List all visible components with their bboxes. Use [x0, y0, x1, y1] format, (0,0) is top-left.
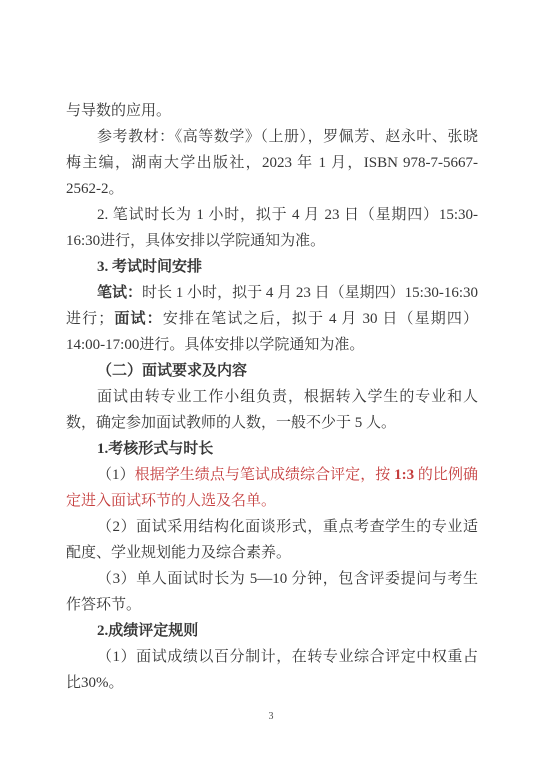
paragraph-exam-times: 笔试：时长 1 小时，拟于 4 月 23 日（星期四）15:30-16:30进行…: [66, 280, 478, 358]
paragraph-reference-material: 参考教材：《高等数学》（上册），罗佩芳、赵永叶、张晓梅主编，湖南大学出版社，20…: [66, 124, 478, 202]
heading-text: 2.成绩评定规则: [97, 623, 198, 639]
paragraph-selection-ratio: （1）根据学生绩点与笔试成绩综合评定，按 1:3 的比例确定进入面试环节的人选及…: [66, 462, 478, 514]
paragraph-written-exam-duration: 2. 笔试时长为 1 小时，拟于 4 月 23 日（星期四）15:30-16:3…: [66, 202, 478, 254]
text-run: 参考教材：《高等数学》（上册），罗佩芳、赵永叶、张晓梅主编，湖南大学出版社，20…: [66, 129, 478, 197]
heading-text: 1.考核形式与时长: [97, 441, 213, 457]
text-run-interview-label: 面试：: [113, 311, 163, 327]
paragraph-interview-duration: （3）单人面试时长为 5—10 分钟，包含评委提问与考生作答环节。: [66, 566, 478, 618]
heading-text: 3. 考试时间安排: [97, 259, 202, 275]
heading-assessment-form: 1.考核形式与时长: [66, 436, 478, 462]
text-run: （2）面试采用结构化面谈形式，重点考查学生的专业适配度、学业规划能力及综合素养。: [66, 519, 478, 561]
document-page: { "colors": { "body_text": "#363636", "r…: [0, 0, 542, 768]
heading-text: （二）面试要求及内容: [97, 363, 247, 379]
text-run: 面试由转专业工作小组负责，根据转入学生的专业和人数，确定参加面试教师的人数，一般…: [66, 389, 478, 431]
text-run-red-ratio: 1:3: [394, 467, 414, 483]
paragraph-interview-panel: 面试由转专业工作小组负责，根据转入学生的专业和人数，确定参加面试教师的人数，一般…: [66, 384, 478, 436]
document-body: 与导数的应用。 参考教材：《高等数学》（上册），罗佩芳、赵永叶、张晓梅主编，湖南…: [66, 98, 478, 696]
text-run: （3）单人面试时长为 5—10 分钟，包含评委提问与考生作答环节。: [66, 571, 478, 613]
heading-exam-schedule: 3. 考试时间安排: [66, 254, 478, 280]
page-number: 3: [0, 709, 542, 724]
paragraph-continuation: 与导数的应用。: [66, 98, 478, 124]
heading-scoring-rules: 2.成绩评定规则: [66, 618, 478, 644]
paragraph-score-weight: （1）面试成绩以百分制计，在转专业综合评定中权重占比30%。: [66, 644, 478, 696]
text-run: （1）: [97, 467, 135, 483]
text-run: 2. 笔试时长为 1 小时，拟于 4 月 23 日（星期四）15:30-16:3…: [66, 207, 478, 249]
text-run: 与导数的应用。: [66, 103, 171, 119]
paragraph-structured-interview: （2）面试采用结构化面谈形式，重点考查学生的专业适配度、学业规划能力及综合素养。: [66, 514, 478, 566]
text-run-written-label: 笔试：: [97, 285, 142, 301]
text-run-red: 根据学生绩点与笔试成绩综合评定，按: [135, 467, 394, 483]
heading-interview-requirements: （二）面试要求及内容: [66, 358, 478, 384]
text-run: （1）面试成绩以百分制计，在转专业综合评定中权重占比30%。: [66, 649, 478, 691]
